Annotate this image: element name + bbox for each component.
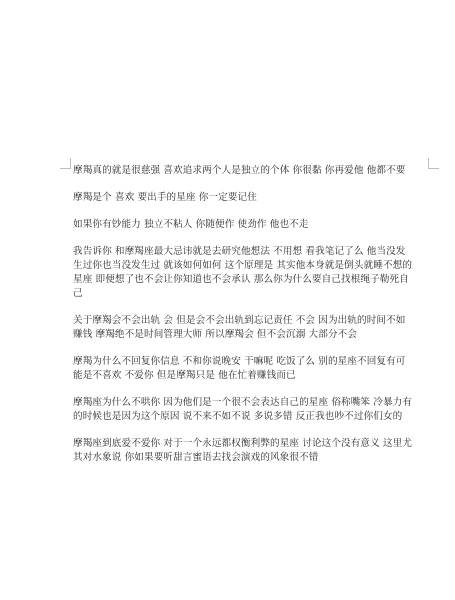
paragraph: 摩羯座为什么不哄你 因为他们是一个很不会表达自己的星座 俗称嘴笨 冷暴力有的时候… — [73, 396, 413, 424]
paragraph: 关于摩羯会不会出轨 会 但是会不会出轨到忘记责任 不会 因为出轨的时间不如赚钱 … — [73, 314, 413, 342]
paragraph: 摩羯真的就是很慈强 喜欢追求两个人是独立的个体 你很黏 你再爱他 他都不要 — [73, 164, 413, 178]
paragraph: 我告诉你 和摩羯座最大忌讳就是去研究他想法 不用想 看我笔记了么 他当没发生过你… — [73, 245, 413, 301]
margin-corner-mark-top-right — [428, 158, 439, 169]
paragraph: 摩羯座到底爱不爱你 对于一个永远都权衡利弊的星座 讨论这个没有意义 这里尤其对水… — [73, 437, 413, 465]
paragraph: 摩羯为什么不回复你信息 不和你说晚安 干嘛呢 吃饭了么 别的星座不回复有可能是不… — [73, 355, 413, 383]
paragraph: 如果你有钞能力 独立不粘人 你随便作 使劲作 他也不走 — [73, 218, 413, 232]
document-body: 摩羯真的就是很慈强 喜欢追求两个人是独立的个体 你很黏 你再爱他 他都不要 摩羯… — [73, 164, 413, 478]
document-page: 摩羯真的就是很慈强 喜欢追求两个人是独立的个体 你很黏 你再爱他 他都不要 摩羯… — [0, 0, 455, 600]
paragraph: 摩羯是个 喜欢 要出手的星座 你一定要记住 — [73, 191, 413, 205]
margin-corner-mark-top-left — [60, 158, 71, 169]
